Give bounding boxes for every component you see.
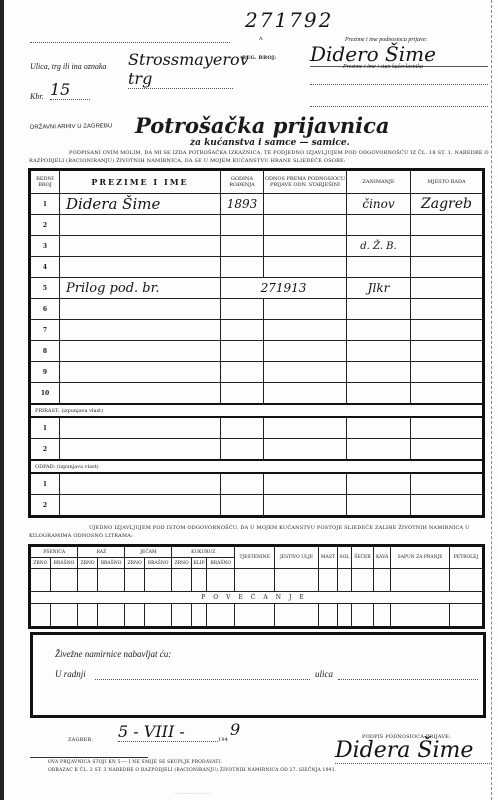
year-prefix: 194 (218, 737, 228, 743)
reg-number-handwritten: 271792 (245, 8, 333, 32)
work-place (411, 236, 484, 257)
group-jecam: JEČAM (125, 546, 172, 558)
relation (264, 299, 347, 320)
decrease-section-header: ODPAD: (izpunjava vlast) (30, 460, 484, 473)
occupation (347, 362, 411, 383)
table-row: 8 (30, 341, 484, 362)
work-place (411, 341, 484, 362)
group-psenica: PŠENICA (30, 546, 78, 558)
page-title: Potrošačka prijavnica (135, 113, 389, 138)
col-odnos: ODNOS PREMA PODNOSIOCU PRIJAVE ODN. STAR… (264, 170, 347, 194)
table-row: 1 Didera Šime 1893 činov Zagreb (30, 194, 484, 215)
work-place (411, 383, 484, 405)
col-sol: SOL (337, 546, 351, 569)
relation (264, 341, 347, 362)
house-number-label: Kbr. (30, 92, 44, 101)
annex-number: 271913 (221, 278, 347, 299)
table-row: 2 (30, 215, 484, 236)
row-number: 5 (30, 278, 60, 299)
work-place (411, 320, 484, 341)
relation (264, 236, 347, 257)
owner-line-1 (310, 84, 488, 85)
street-value: Strossmayerov trg (128, 50, 233, 89)
table-row: 2 (30, 495, 484, 517)
table-row: 10 (30, 383, 484, 405)
person-name (60, 257, 221, 278)
sub-brasno: BRAŠNO (50, 558, 78, 569)
increase-label: POVEĆANJE (30, 592, 484, 604)
birth-year (221, 362, 264, 383)
occupation (347, 215, 411, 236)
birth-year (221, 299, 264, 320)
relation (264, 194, 347, 215)
table-row: 4 (30, 257, 484, 278)
row-number: 9 (30, 362, 60, 383)
sub-brasno: BRAŠNO (97, 558, 125, 569)
perforation-edge (490, 0, 492, 800)
sub-brasno: BRAŠNO (207, 558, 235, 569)
table-row: 5 Prilog pod. br. 271913 Jlkr (30, 278, 484, 299)
house-number-value: 15 (50, 80, 90, 100)
relation (264, 362, 347, 383)
person-name (60, 362, 221, 383)
row-number: 1 (30, 194, 60, 215)
occupation: činov (347, 194, 411, 215)
row-number: 8 (30, 341, 60, 362)
table-row: 1 (30, 473, 484, 495)
col-kava: KAVA (374, 546, 391, 569)
declaration-text: PODPISANI OVIM MOLIM, DA MI SE IZDA POTR… (29, 149, 489, 165)
owner-label: Prezime i ime i stan kućevlasnika (343, 64, 423, 70)
supplies-group-row: PŠENICA RAŽ JEČAM KUKURUZ TJESTENINE JES… (30, 546, 484, 558)
top-blank-line (30, 42, 230, 43)
occupation: d. Ž. B. (347, 236, 411, 257)
shop-line (95, 679, 310, 680)
col-prezime: PREZIME I IME (60, 170, 221, 194)
decrease-label: ODPAD: (izpunjava vlast) (30, 460, 484, 473)
person-name (60, 215, 221, 236)
col-tjestenine: TJESTENINE (235, 546, 275, 569)
sub-brasno: BRAŠNO (144, 558, 172, 569)
col-zanimanje: ZANIMANJE (347, 170, 411, 194)
row-number: 7 (30, 320, 60, 341)
supplies-table: PŠENICA RAŽ JEČAM KUKURUZ TJESTENINE JES… (28, 544, 485, 629)
reg-suffix: A (259, 36, 263, 42)
footer-rule (30, 757, 148, 758)
sub-zrno: ZRNO (30, 558, 51, 569)
footer-note-2: OBRAZAC K ČL. 2 ST. 3 NAREDBE O RAZPODJE… (48, 768, 336, 773)
owner-line-2 (310, 106, 488, 107)
birth-year (221, 383, 264, 405)
occupation (347, 257, 411, 278)
street-label: Ulica, trg ili ina oznaka (30, 62, 106, 71)
row-number: 1 (30, 417, 60, 439)
row-number: 6 (30, 299, 60, 320)
increase-section-header: PRIRAST: (izpunjava vlast) (30, 404, 484, 417)
row-number: 4 (30, 257, 60, 278)
row-number: 10 (30, 383, 60, 405)
sub-zrno: ZRNO (125, 558, 144, 569)
relation (264, 383, 347, 405)
table-row: 6 (30, 299, 484, 320)
col-ulje: JESTIVO ULJE (275, 546, 319, 569)
row-number: 1 (30, 473, 60, 495)
birth-year (221, 320, 264, 341)
supplies-data-row (30, 569, 484, 592)
occupation (347, 299, 411, 320)
table-row: 3 d. Ž. B. (30, 236, 484, 257)
reg-label: REG. BROJ: (242, 55, 276, 61)
work-place: Zagreb (411, 194, 484, 215)
table-row: 1 (30, 417, 484, 439)
col-godina: GODINA ROĐENJA (221, 170, 264, 194)
sub-klip: KLIP (191, 558, 207, 569)
work-place (411, 257, 484, 278)
signature-value: Didera Šime (335, 738, 490, 764)
supplies-increase-data-row (30, 604, 484, 628)
relation (264, 320, 347, 341)
col-sapun: SAPUN ZA PRANJE (391, 546, 450, 569)
purchase-box: Živežne namirnice nabavljat ću: U radnji… (30, 632, 486, 718)
date-value: 5 - VIII - (118, 722, 218, 742)
birth-year (221, 341, 264, 362)
occupation: Jlkr (347, 278, 411, 299)
col-redni: REDNI BROJ (30, 170, 60, 194)
row-number: 2 (30, 215, 60, 236)
row-number: 3 (30, 236, 60, 257)
table-row: 9 (30, 362, 484, 383)
birth-year: 1893 (221, 194, 264, 215)
street-line-box (338, 679, 478, 680)
scan-edge (0, 0, 4, 800)
table-row: 2 (30, 439, 484, 461)
person-name (60, 299, 221, 320)
person-name (60, 383, 221, 405)
birth-year (221, 215, 264, 236)
persons-header-row: REDNI BROJ PREZIME I IME GODINA ROĐENJA … (30, 170, 484, 194)
birth-year (221, 236, 264, 257)
col-petrolej: PETROLEJ (450, 546, 484, 569)
occupation (347, 320, 411, 341)
person-name (60, 320, 221, 341)
increase-label: PRIRAST: (izpunjava vlast) (30, 404, 484, 417)
work-place (411, 215, 484, 236)
work-place (411, 362, 484, 383)
row-number: 2 (30, 439, 60, 461)
sub-zrno: ZRNO (78, 558, 97, 569)
work-place (411, 278, 484, 299)
person-name (60, 236, 221, 257)
table-row: 7 (30, 320, 484, 341)
occupation (347, 383, 411, 405)
page-subtitle: za kućanstva i samce — samice. (190, 138, 350, 148)
sub-zrno: ZRNO (172, 558, 191, 569)
person-name (60, 341, 221, 362)
col-mjesto: MJESTO RADA (411, 170, 484, 194)
row-number: 2 (30, 495, 60, 517)
group-raz: RAŽ (78, 546, 125, 558)
shop-label: U radnji (55, 669, 86, 679)
supplies-statement: UJEDNO IZJAVLJUJEM POD ISTOM ODGOVORNOŠĆ… (29, 524, 489, 540)
supplies-increase-row: POVEĆANJE (30, 592, 484, 604)
relation (264, 215, 347, 236)
col-mast: MAST (318, 546, 337, 569)
purchase-line: Živežne namirnice nabavljat ću: (55, 649, 171, 659)
group-kukuruz: KUKURUZ (172, 546, 235, 558)
city-label: ZAGREB, (68, 737, 93, 743)
archive-stamp: DRŽAVNI ARHIV U ZAGREBU (30, 123, 112, 130)
footer-note-1: OVA PRIJAVNICA STOJI KN 5·— I NE SMIJE S… (48, 760, 222, 765)
person-name: Didera Šime (60, 194, 221, 215)
year-suffix: 9 (230, 720, 240, 739)
persons-table: REDNI BROJ PREZIME I IME GODINA ROĐENJA … (28, 168, 485, 518)
street-label-box: ulica (315, 669, 333, 679)
printer-line: ........................ (175, 790, 210, 795)
relation (264, 257, 347, 278)
person-name: Prilog pod. br. (60, 278, 221, 299)
col-secer: ŠEĆER (351, 546, 373, 569)
birth-year (221, 257, 264, 278)
occupation (347, 341, 411, 362)
work-place (411, 299, 484, 320)
